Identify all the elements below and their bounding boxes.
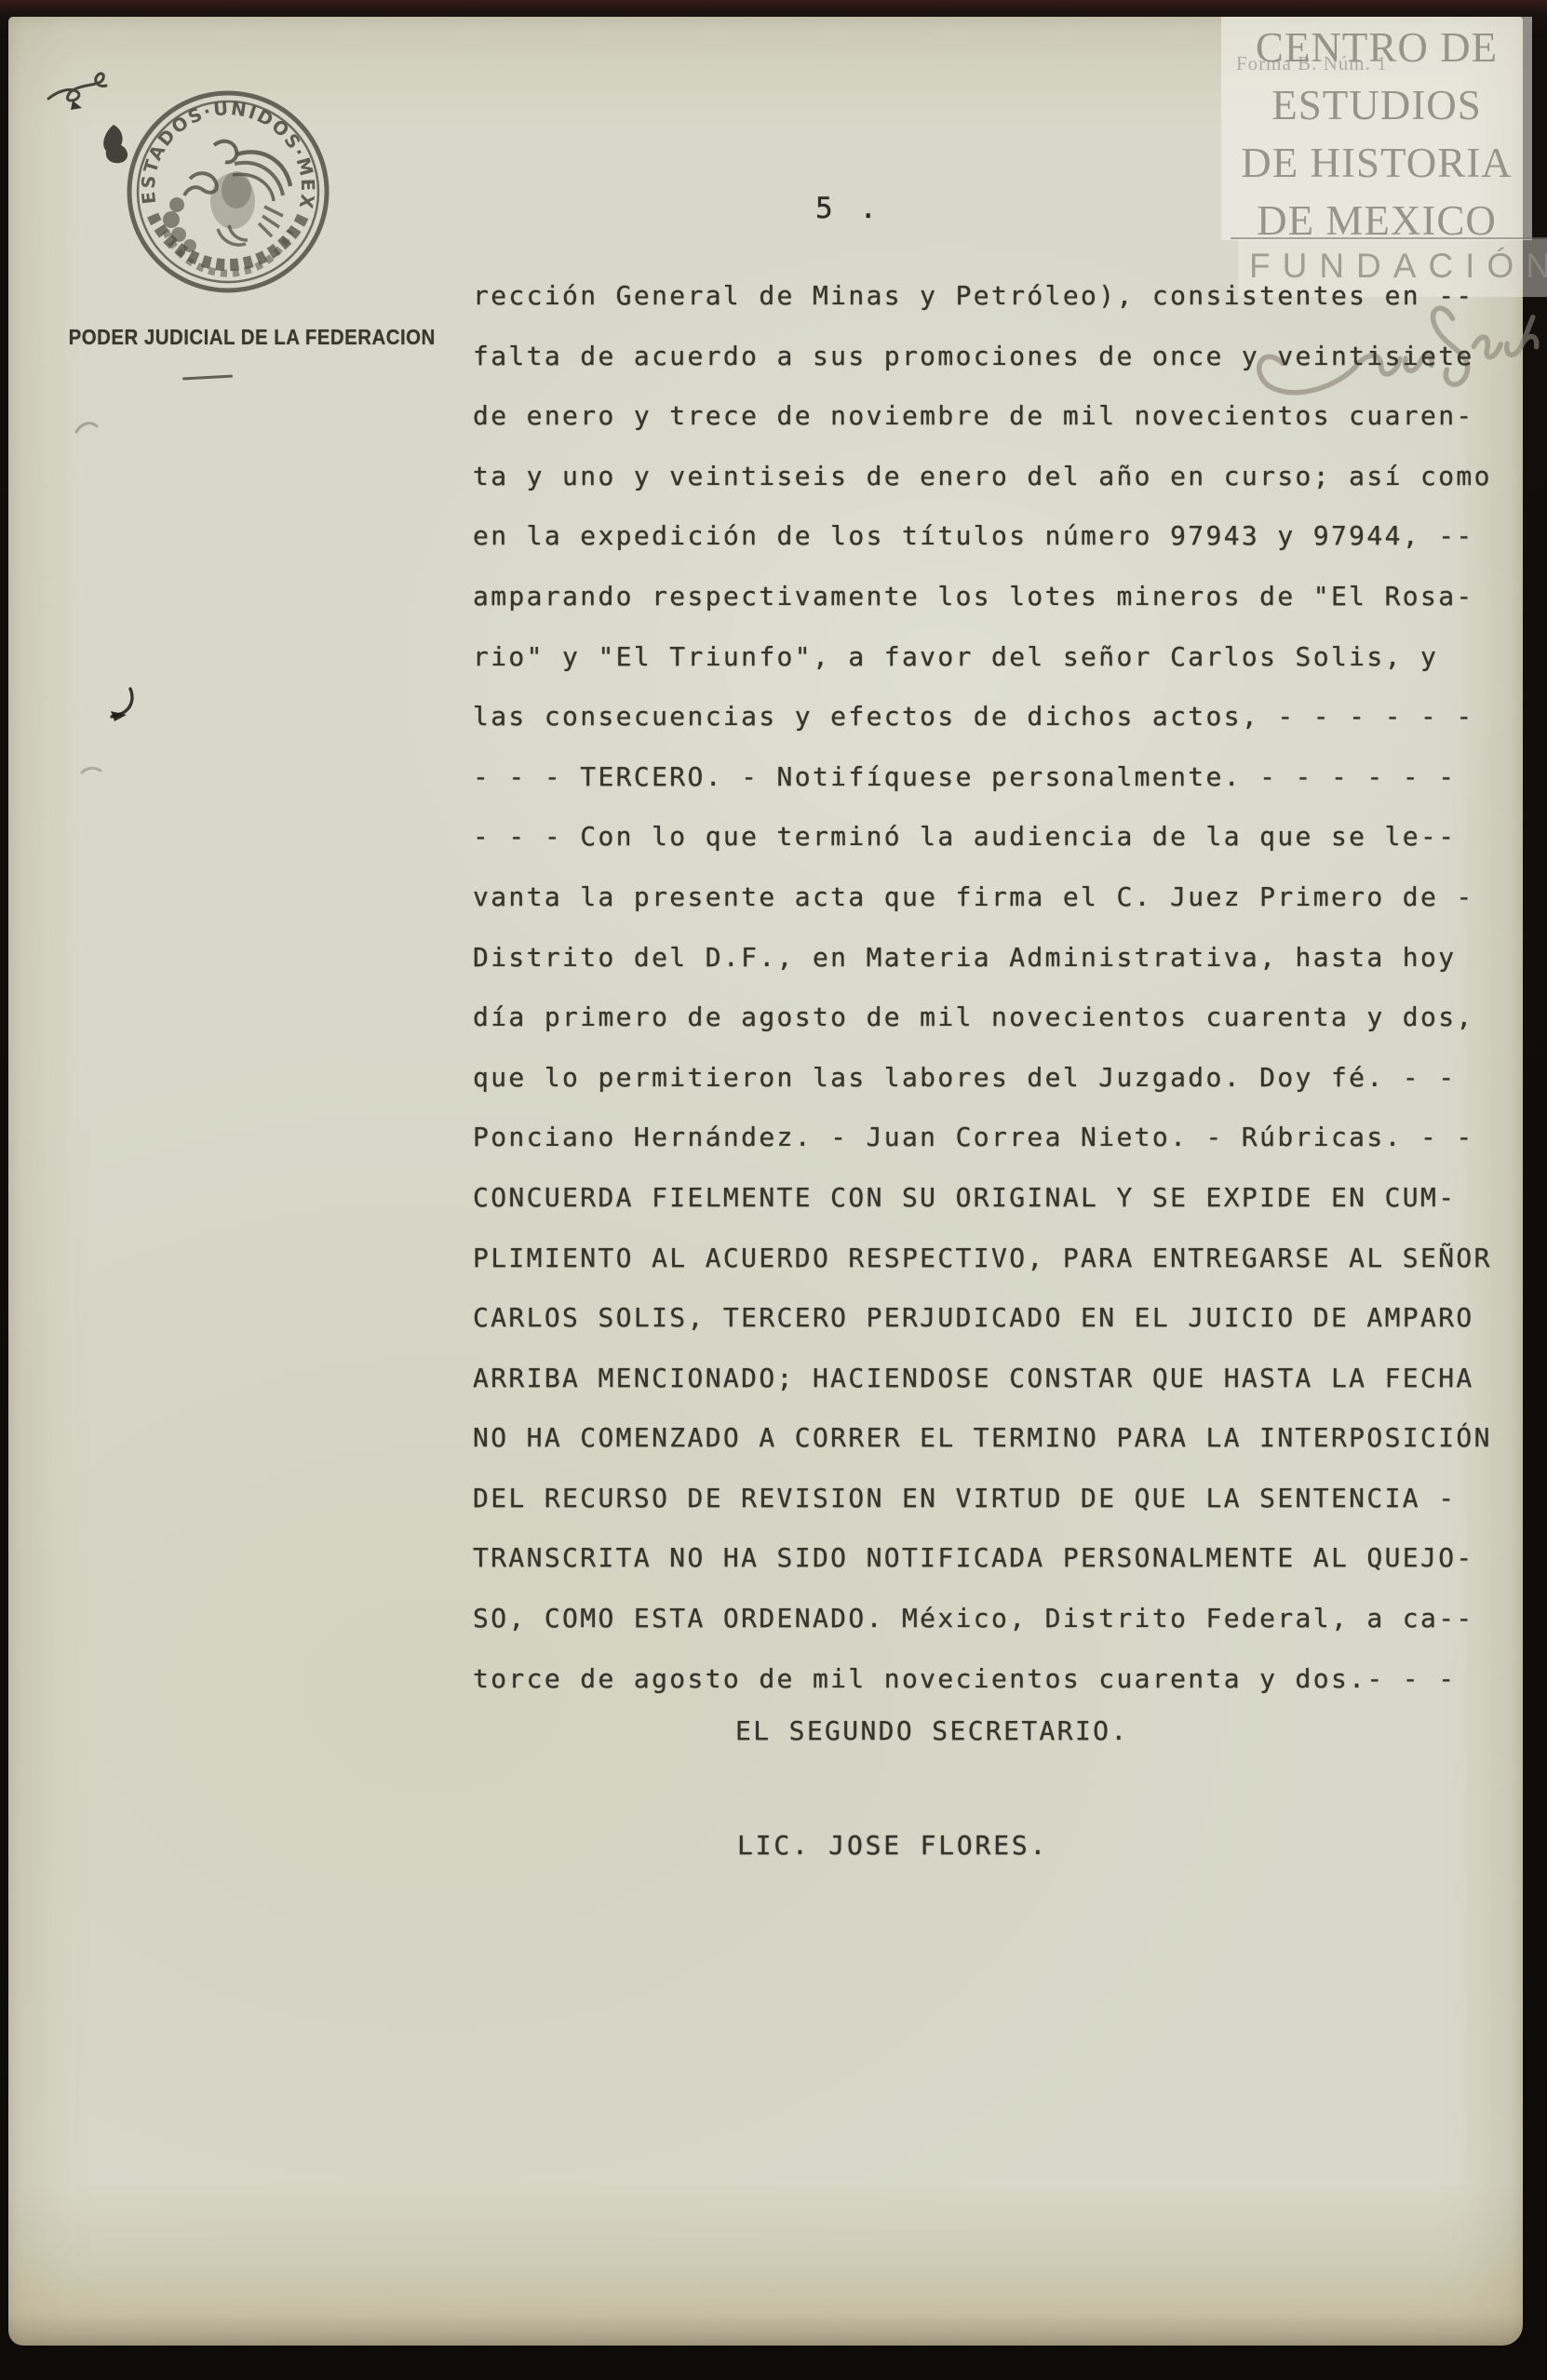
typewritten-line: TRANSCRITA NO HA SIDO NOTIFICADA PERSONA… <box>473 1528 1511 1589</box>
typewritten-line: que lo permitieron las labores del Juzga… <box>473 1048 1511 1109</box>
pen-mark <box>73 415 101 439</box>
pen-mark <box>78 758 104 780</box>
watermark-line: CENTRO DE <box>1256 19 1498 76</box>
federal-eagle-seal-icon: ESTADOS·UNIDOS·MEXICANOS <box>125 89 331 300</box>
typewritten-line: SO, COMO ESTA ORDENADO. México, Distrito… <box>473 1589 1511 1649</box>
typewritten-line: ARRIBA MENCIONADO; HACIENDOSE CONSTAR QU… <box>473 1349 1511 1409</box>
typewritten-line: CARLOS SOLIS, TERCERO PERJUDICADO EN EL … <box>473 1288 1511 1349</box>
typewritten-line: NO HA COMENZADO A CORRER EL TERMINO PARA… <box>473 1408 1511 1469</box>
typewritten-line: de enero y trece de noviembre de mil nov… <box>473 386 1511 447</box>
document-body: rección General de Minas y Petróleo), co… <box>473 266 1511 1709</box>
page-number: 5 . <box>815 192 881 225</box>
typewritten-line: en la expedición de los títulos número 9… <box>473 506 1511 567</box>
typewritten-line: - - - Con lo que terminó la audiencia de… <box>473 807 1511 867</box>
closing-office-title: EL SEGUNDO SECRETARIO. <box>735 1715 1129 1746</box>
typewritten-line: amparando respectivamente los lotes mine… <box>473 567 1511 627</box>
pen-mark <box>108 687 140 724</box>
typewritten-line: falta de acuerdo a sus promociones de on… <box>473 327 1511 387</box>
typewritten-line: DEL RECURSO DE REVISION EN VIRTUD DE QUE… <box>473 1469 1511 1529</box>
typewritten-line: ta y uno y veintiseis de enero del año e… <box>473 447 1511 507</box>
typewritten-line: vanta la presente acta que firma el C. J… <box>473 867 1511 928</box>
typewritten-line: rio" y "El Triunfo", a favor del señor C… <box>473 627 1511 688</box>
typewritten-line: CONCUERDA FIELMENTE CON SU ORIGINAL Y SE… <box>473 1168 1511 1229</box>
typewritten-line: las consecuencias y efectos de dichos ac… <box>473 687 1511 747</box>
archive-watermark: CENTRO DE ESTUDIOS DE HISTORIA DE MEXICO <box>1221 17 1532 240</box>
typewritten-line: Distrito del D.F., en Materia Administra… <box>473 928 1511 988</box>
typewritten-line: día primero de agosto de mil novecientos… <box>473 988 1511 1048</box>
typewritten-line: torce de agosto de mil novecientos cuare… <box>473 1649 1511 1710</box>
watermark-line: ESTUDIOS <box>1271 76 1482 134</box>
typewritten-line: Ponciano Hernández. - Juan Correa Nieto.… <box>473 1108 1511 1168</box>
document-photo: ESTADOS·UNIDOS·MEXICANOS PODER JUDICIAL … <box>0 0 1547 2380</box>
signatory-name: LIC. JOSE FLORES. <box>737 1830 1048 1861</box>
typewritten-line: rección General de Minas y Petróleo), co… <box>473 266 1511 327</box>
typewritten-line: PLIMIENTO AL ACUERDO RESPECTIVO, PARA EN… <box>473 1229 1511 1289</box>
watermark-line: DE HISTORIA <box>1241 134 1512 192</box>
institution-name: PODER JUDICIAL DE LA FEDERACION <box>69 325 407 351</box>
typewritten-line: - - - TERCERO. - Notifíquese personalmen… <box>473 747 1511 808</box>
